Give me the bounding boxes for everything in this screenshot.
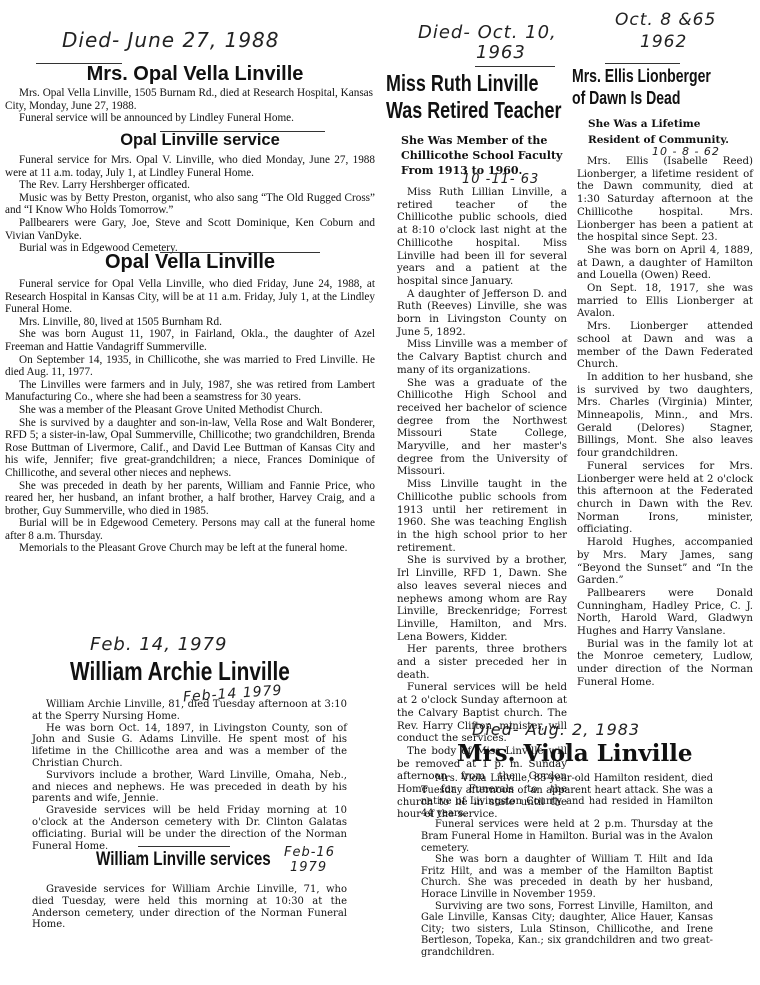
headline-ruth-line2: Was Retired Teacher bbox=[386, 97, 561, 124]
paragraph: A daughter of Jefferson D. and Ruth (Ree… bbox=[397, 289, 567, 340]
deck-ellis: She Was a Lifetime Resident of Community… bbox=[588, 116, 758, 148]
deck-line: She Was a Lifetime bbox=[588, 116, 758, 132]
paragraph: Miss Linville was a member of the Calvar… bbox=[397, 339, 567, 377]
paragraph: He was born Oct. 14, 1897, in Livingston… bbox=[32, 723, 347, 770]
divider bbox=[605, 63, 680, 64]
paragraph: She was born August 11, 1907, in Fairlan… bbox=[5, 328, 375, 353]
paragraph: She is survived by a daughter and son-in… bbox=[5, 417, 375, 480]
divider bbox=[138, 846, 230, 847]
headline-ruth-line1: Miss Ruth Linville bbox=[386, 70, 539, 97]
handwritten-date-william: Feb. 14, 1979 bbox=[90, 634, 227, 655]
paragraph: She was a graduate of the Chillicothe Hi… bbox=[397, 378, 567, 480]
paragraph: In addition to her husband, she is survi… bbox=[577, 372, 753, 461]
article-william-services: Graveside services for William Archie Li… bbox=[32, 884, 347, 931]
headline-ellis-line2: of Dawn Is Dead bbox=[572, 88, 680, 109]
paragraph: Funeral services were held at 2 p.m. Thu… bbox=[421, 819, 713, 854]
paragraph: Mrs. Lionberger attended school at Dawn … bbox=[577, 321, 753, 372]
deck-line: Chillicothe School Faculty bbox=[401, 148, 571, 163]
paragraph: Pallbearers were Donald Cunningham, Hadl… bbox=[577, 588, 753, 639]
paragraph: The Linvilles were farmers and in July, … bbox=[5, 379, 375, 404]
paragraph: Miss Ruth Lillian Linville, a retired te… bbox=[397, 187, 567, 289]
headline-opal-obituary: Opal Vella Linville bbox=[0, 251, 380, 274]
paragraph: On Sept. 18, 1917, she was married to El… bbox=[577, 283, 753, 321]
handwritten-note-ruth: 10 -11- 63 bbox=[462, 172, 539, 187]
headline-ellis-line1: Mrs. Ellis Lionberger bbox=[572, 66, 711, 87]
paragraph: Harold Hughes, accompanied by Mrs. Mary … bbox=[577, 537, 753, 588]
paragraph: She was born on April 4, 1889, at Dawn, … bbox=[577, 245, 753, 283]
paragraph: William Archie Linville, 81, died Tuesda… bbox=[32, 699, 347, 723]
deck-line: She Was Member of the bbox=[401, 133, 571, 148]
handwritten-date-opal: Died- June 27, 1988 bbox=[62, 28, 280, 52]
headline-viola: Mrs. Viola Linville bbox=[457, 740, 693, 767]
headline-opal: Mrs. Opal Vella Linville bbox=[30, 63, 360, 86]
divider bbox=[475, 66, 555, 67]
paragraph: Burial was in the family lot at the Monr… bbox=[577, 639, 753, 690]
paragraph: Burial will be in Edgewood Cemetery. Per… bbox=[5, 517, 375, 542]
article-william: William Archie Linville, 81, died Tuesda… bbox=[32, 699, 347, 852]
paragraph: Funeral service for Mrs. Opal V. Linvill… bbox=[5, 154, 375, 179]
paragraph: Her parents, three brothers and a sister… bbox=[397, 644, 567, 682]
paragraph: Mrs. Linville, 80, lived at 1505 Burnham… bbox=[5, 316, 375, 329]
paragraph: Mrs. Ellis (Isabelle Reed) Lionberger, a… bbox=[577, 156, 753, 245]
paragraph: Funeral service for Opal Vella Linville,… bbox=[5, 278, 375, 316]
article-viola: Mrs. Viola Linville, 85-year-old Hamilto… bbox=[421, 773, 713, 959]
paragraph: Surviving are two sons, Forrest Linville… bbox=[421, 901, 713, 959]
handwritten-note-william-services-line1: Feb-16 bbox=[284, 845, 335, 860]
handwritten-note-william-services-line2: 1979 bbox=[290, 860, 327, 875]
headline-william: William Archie Linville bbox=[70, 656, 290, 687]
paragraph: She was born a daughter of William T. Hi… bbox=[421, 854, 713, 900]
article-opal-service: Funeral service for Mrs. Opal V. Linvill… bbox=[5, 154, 375, 255]
handwritten-date-ellis-line1: Oct. 8 &65 bbox=[615, 10, 716, 30]
headline-opal-service: Opal Linville service bbox=[30, 131, 370, 150]
paragraph: Pallbearers were Gary, Joe, Steve and Sc… bbox=[5, 217, 375, 242]
handwritten-date-ellis-line2: 1962 bbox=[640, 32, 687, 52]
paragraph: Mrs. Opal Vella Linville, 1505 Burnam Rd… bbox=[5, 87, 373, 112]
handwritten-date-viola: Died- Aug. 2, 1983 bbox=[472, 720, 640, 739]
handwritten-date-ruth-line2: 1963 bbox=[476, 42, 526, 63]
paragraph: Music was by Betty Preston, organist, wh… bbox=[5, 192, 375, 217]
headline-william-services: William Linville services bbox=[96, 849, 271, 871]
paragraph: Funeral services for Mrs. Lionberger wer… bbox=[577, 461, 753, 537]
paragraph: Mrs. Viola Linville, 85-year-old Hamilto… bbox=[421, 773, 713, 819]
paragraph: She was a member of the Pleasant Grove U… bbox=[5, 404, 375, 417]
paragraph: Graveside services for William Archie Li… bbox=[32, 884, 347, 931]
handwritten-date-ruth-line1: Died- Oct. 10, bbox=[418, 22, 557, 43]
paragraph: Survivors include a brother, Ward Linvil… bbox=[32, 770, 347, 805]
article-ellis: Mrs. Ellis (Isabelle Reed) Lionberger, a… bbox=[577, 156, 753, 690]
paragraph: The Rev. Larry Hershberger officated. bbox=[5, 179, 375, 192]
paragraph: Miss Linville taught in the Chillicothe … bbox=[397, 479, 567, 555]
paragraph: Memorials to the Pleasant Grove Church m… bbox=[5, 542, 375, 555]
paragraph: Funeral service will be announced by Lin… bbox=[5, 112, 373, 125]
paragraph: On September 14, 1935, in Chillicothe, s… bbox=[5, 354, 375, 379]
article-opal-notice: Mrs. Opal Vella Linville, 1505 Burnam Rd… bbox=[5, 87, 373, 125]
paragraph: She is survived by a brother, Irl Linvil… bbox=[397, 555, 567, 644]
paragraph: She was preceded in death by her parents… bbox=[5, 480, 375, 518]
article-opal-obituary: Funeral service for Opal Vella Linville,… bbox=[5, 278, 375, 555]
